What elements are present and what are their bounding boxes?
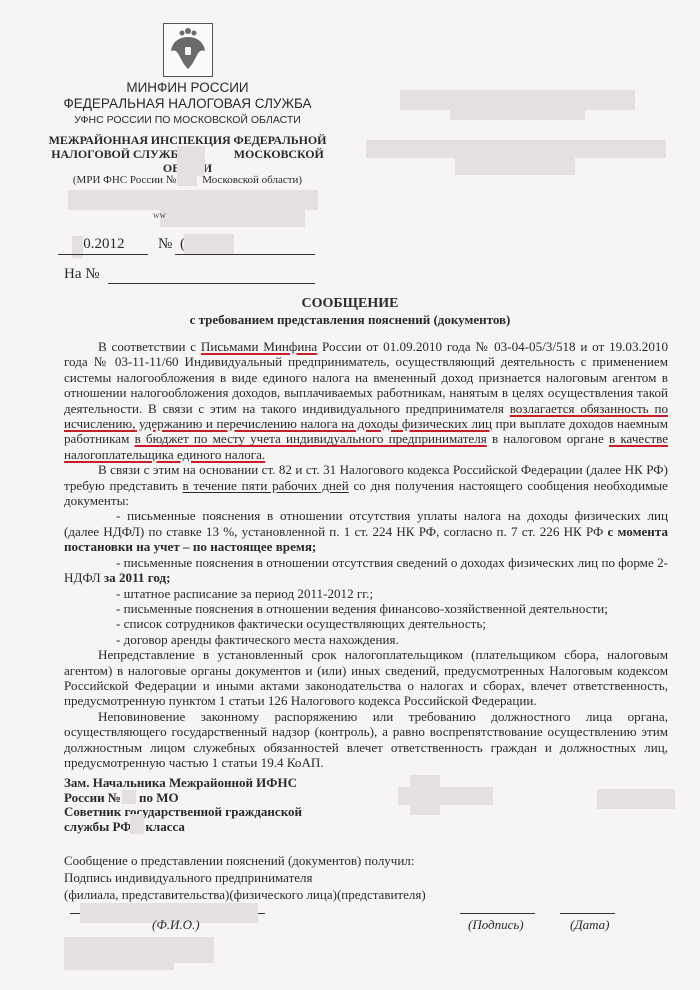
document-page: МИНФИН РОССИИ ФЕДЕРАЛЬНАЯ НАЛОГОВАЯ СЛУЖ… [0, 0, 700, 990]
name-redaction [597, 789, 675, 809]
redaction [160, 200, 305, 227]
redaction [184, 234, 234, 254]
receipt-heading: Сообщение о представлении пояснений (док… [64, 852, 426, 869]
document-subtitle: с требованием представления пояснений (д… [0, 312, 700, 328]
department-name: УФНС РОССИИ ПО МОСКОВСКОЙ ОБЛАСТИ [40, 114, 335, 126]
reply-label: На № [64, 266, 100, 283]
redaction [64, 958, 174, 970]
paragraph-liability-tax: Непредставление в установленный срок нал… [64, 647, 668, 709]
abbrev-prefix: (МРИ ФНС России № [73, 174, 176, 186]
item-text: - штатное расписание за период 2011-2012… [116, 586, 373, 601]
redaction [122, 790, 136, 804]
signatory-block: Зам. Начальника Межрайонной ИФНС России … [64, 776, 302, 834]
receipt-block: Сообщение о представлении пояснений (док… [64, 852, 426, 903]
number-label: № [158, 236, 172, 253]
text: по МО [139, 790, 179, 805]
list-item: - договор аренды фактического места нахо… [64, 632, 668, 647]
signature-redaction [410, 775, 440, 815]
number-underline [175, 254, 315, 255]
receipt-signature-label: Подпись индивидуального предпринимателя [64, 869, 426, 886]
redaction [177, 174, 197, 186]
date-caption: (Дата) [570, 917, 609, 933]
website-fragment: ww [153, 210, 166, 220]
signatory-office: России №по МО [64, 791, 302, 806]
fio-caption: (Ф.И.О.) [152, 917, 200, 933]
redaction [177, 146, 205, 176]
item-text: - письменные пояснения в отношении отсут… [64, 508, 668, 538]
list-item: - штатное расписание за период 2011-2012… [64, 586, 668, 601]
text: класса [145, 819, 184, 834]
date-line [560, 913, 615, 914]
signature-caption: (Подпись) [468, 917, 524, 933]
abbrev-suffix: Московской области) [202, 174, 302, 186]
list-item: - письменные пояснения в отношении отсут… [64, 555, 668, 586]
document-body: В соответствии с Письмами Минфина России… [64, 339, 668, 770]
paragraph-liability-admin: Неповиновение законному распоряжению или… [64, 709, 668, 771]
item-text: - письменные пояснения в отношении веден… [116, 601, 608, 616]
paragraph-legal-basis: В соответствии с Письмами Минфина России… [64, 339, 668, 462]
item-bold-text: за 2011 год; [104, 570, 171, 585]
text: России № [64, 790, 121, 805]
text: в налоговом органе [487, 431, 609, 446]
ministry-name: МИНФИН РОССИИ [40, 80, 335, 95]
signatory-class: службы РФкласса [64, 820, 302, 835]
item-text: - список сотрудников фактически осуществ… [116, 616, 486, 631]
inspection-name-line2-part1: НАЛОГОВОЙ СЛУЖБЫ [51, 147, 190, 161]
inspection-name-line2-part2: МОСКОВСКОЙ [234, 147, 324, 161]
signatory-position: Зам. Начальника Межрайонной ИФНС [64, 776, 302, 791]
document-title: СООБЩЕНИЕ [0, 296, 700, 312]
redaction [130, 814, 144, 834]
item-text: - договор аренды фактического места нахо… [116, 632, 399, 647]
highlighted-text: в бюджет по месту учета индивидуального … [135, 431, 487, 446]
text: службы РФ [64, 819, 131, 834]
signatory-rank: Советник государственной гражданской [64, 805, 302, 820]
text: В соответствии с [98, 339, 201, 354]
receipt-party-label: (филиала, представительства)(физического… [64, 886, 426, 903]
list-item: - письменные пояснения в отношении отсут… [64, 508, 668, 554]
emblem-frame [163, 23, 213, 77]
redaction [455, 155, 575, 175]
reply-underline [108, 283, 315, 284]
list-item: - письменные пояснения в отношении веден… [64, 601, 668, 616]
paragraph-requirement: В связи с этим на основании ст. 82 и ст.… [64, 462, 668, 508]
russian-coat-of-arms-icon [168, 27, 208, 73]
highlighted-text: Письмами Минфина [201, 339, 317, 354]
list-item: - список сотрудников фактически осуществ… [64, 616, 668, 631]
signature-line [460, 913, 535, 914]
service-name: ФЕДЕРАЛЬНАЯ НАЛОГОВАЯ СЛУЖБА [40, 96, 335, 111]
redaction [450, 105, 585, 120]
date-underline [58, 254, 148, 255]
deadline-text: в течение пяти рабочих дней [182, 478, 348, 493]
